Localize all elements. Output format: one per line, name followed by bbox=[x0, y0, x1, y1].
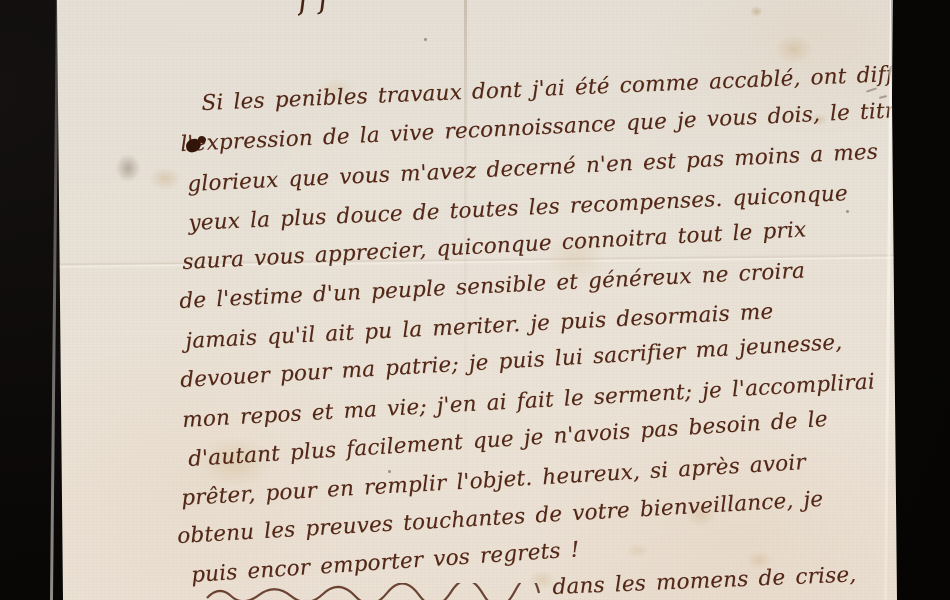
letter-paper: ff Si les penibles travaux dont j'ai été… bbox=[0, 0, 950, 600]
stain bbox=[115, 153, 141, 183]
cutoff-strokes bbox=[205, 583, 541, 600]
ink-blot bbox=[198, 136, 206, 143]
cutoff-line-fragment-glyphs: ff bbox=[298, 0, 339, 15]
stain bbox=[626, 543, 650, 558]
stray-mark bbox=[866, 87, 877, 92]
ink-speck bbox=[846, 210, 849, 213]
ink-speck bbox=[424, 38, 427, 41]
stain bbox=[775, 34, 813, 64]
cutoff-line-fragment: ff bbox=[298, 0, 408, 17]
photo-background: ff Si les penibles travaux dont j'ai été… bbox=[0, 0, 950, 600]
ink-speck bbox=[388, 470, 391, 473]
paper-left-edge bbox=[50, 0, 59, 600]
letter-line: puis encor emporter vos regrets ! bbox=[190, 538, 580, 587]
stain bbox=[149, 167, 181, 190]
stain bbox=[750, 6, 763, 17]
letter-line-partial: dans les momens de crise, bbox=[552, 563, 857, 599]
